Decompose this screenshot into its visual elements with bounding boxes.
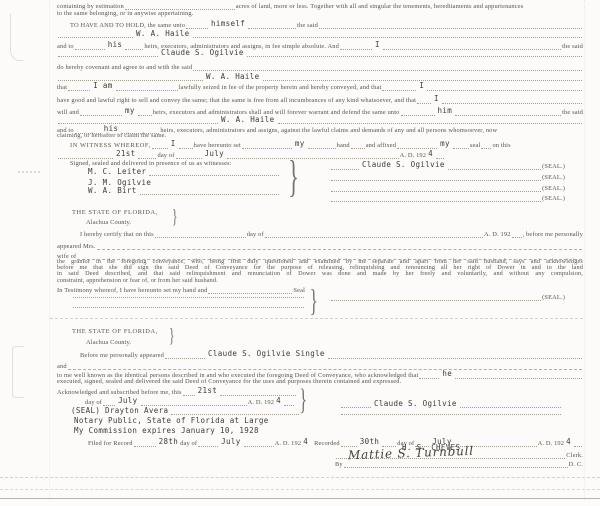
dotted-blank	[171, 414, 299, 415]
seized-in-fee-line: that I am lawfully seized in fee of the …	[57, 83, 583, 92]
typed-fill-i-3: I	[432, 95, 441, 103]
typed-grantor-signature: Claude S. Ogilvie	[360, 161, 447, 169]
grantor-seal-line: Claude S. Ogilvie (SEAL.)	[330, 162, 565, 171]
blank-seal-line-3: (SEAL.)	[330, 195, 565, 203]
binding-mark-top	[10, 14, 23, 61]
typed-grantor-signature-2: Claude S. Ogilvie	[372, 400, 459, 408]
ack2-acknowledged-line: Acknowledged and subscribed before me, t…	[57, 388, 297, 397]
dotted-blank	[331, 201, 541, 202]
bottom-rule-1	[0, 477, 600, 478]
form-text: THE STATE OF FLORIDA,	[72, 209, 158, 217]
dotted-blank	[193, 37, 582, 38]
form-text: executed, signed, sealed and delivered t…	[57, 378, 401, 386]
ack1-seal-line: (SEAL.)	[330, 294, 565, 302]
form-text: day of	[180, 440, 197, 448]
binding-mark-bottom	[12, 346, 24, 398]
typed-fill-year: 4	[274, 397, 283, 405]
ack2-before-line: Before me personally appeared Claude S. …	[80, 351, 583, 360]
form-text: in said Deed described, and that said re…	[57, 270, 583, 277]
form-text: I hereby certify that on this	[80, 231, 154, 239]
grantee-name-line: W. A. Haile	[57, 31, 583, 39]
dashed-blank	[97, 249, 582, 250]
form-text: day of	[247, 231, 264, 239]
scan-edge-dotted-right	[584, 0, 585, 500]
dotted-blank	[152, 148, 168, 149]
typed-fill-my: my	[123, 107, 137, 115]
form-text: A. D. 192	[484, 231, 511, 239]
typed-fill-grantee-3: W. A. Haile	[219, 116, 277, 124]
dotted-blank	[382, 90, 416, 91]
form-text: By	[335, 461, 343, 469]
dotted-blank	[134, 446, 156, 447]
blank-seal-line-2: (SEAL.)	[330, 185, 565, 193]
dotted-blank	[183, 395, 195, 396]
ack1-certify-line: I hereby certify that on this day of A. …	[80, 231, 583, 239]
dotted-blank	[227, 158, 399, 159]
ack1-appeared-line: appeared Mrs.	[57, 243, 583, 251]
form-text: A. D. 192	[538, 440, 565, 448]
typed-fill-grantee: W. A. Haile	[134, 30, 192, 38]
seal-label: (SEAL.)	[542, 294, 565, 302]
dc-label: D. C.	[569, 461, 583, 469]
dotted-blank	[453, 148, 469, 149]
typed-fill-his: his	[106, 41, 125, 49]
dotted-blank	[574, 446, 582, 447]
form-text: have good and lawful right to sell and c…	[57, 97, 416, 105]
dotted-blank	[149, 175, 279, 176]
dotted-blank	[448, 169, 541, 170]
form-text: claiming, or hereafter to claim the same…	[57, 132, 166, 140]
witness-signature-1: M. C. Leiter	[80, 169, 280, 177]
bottom-rule-3	[0, 498, 600, 499]
typed-fill-i-4: I	[169, 140, 178, 148]
dotted-blank	[455, 115, 561, 116]
dotted-blank	[73, 297, 304, 298]
dotted-blank	[58, 158, 113, 159]
dotted-blank	[58, 37, 133, 38]
form-text: and	[57, 363, 67, 371]
dotted-blank	[265, 237, 483, 238]
typed-fill-21st: 21st	[196, 387, 219, 395]
clerk-label: Clerk.	[566, 452, 583, 460]
ack2-blank-sig-line	[340, 414, 562, 416]
form-text: day of	[157, 152, 174, 160]
dotted-blank	[138, 115, 152, 116]
dotted-blank	[442, 103, 582, 104]
grantee-name-line-2: W. A. Haile	[57, 74, 583, 82]
form-text: Seal	[293, 287, 305, 295]
bottom-rule-2	[0, 489, 600, 490]
dotted-blank	[341, 446, 357, 447]
dotted-blank	[116, 90, 178, 91]
seal-label: (SEAL.)	[542, 174, 565, 182]
dotted-blank	[193, 70, 582, 71]
ack2-brace: }	[299, 385, 307, 415]
form-text: on this	[492, 142, 510, 150]
dotted-blank	[328, 358, 582, 359]
dotted-blank	[331, 180, 541, 181]
form-text: Filed for Record	[88, 440, 133, 448]
dotted-blank	[331, 300, 541, 301]
typed-recorded-day: 30th	[358, 438, 381, 446]
form-text: Recorded	[314, 440, 340, 448]
ack1-blank-line-1	[72, 297, 305, 299]
in-witness-whereof-line: IN WITNESS WHEREOF, I have hereunto set …	[70, 141, 583, 150]
dotted-blank	[278, 123, 582, 124]
dotted-blank	[341, 407, 371, 408]
dotted-blank	[331, 169, 359, 170]
dotted-blank	[417, 103, 431, 104]
covenant-line: do hereby covenant and agree to and with…	[57, 64, 583, 72]
dotted-blank	[436, 158, 444, 159]
date-line: 21st day of July A. D. 192 4	[57, 151, 445, 160]
claiming-line: claiming, or hereafter to claim the same…	[57, 132, 583, 140]
form-text: THE STATE OF FLORIDA,	[72, 328, 158, 336]
form-text: will and	[57, 109, 79, 117]
dotted-blank	[247, 56, 582, 57]
form-text: do hereby covenant and agree to and with…	[57, 64, 192, 72]
typed-fill-appeared-name: Claude S. Ogilvie Single	[206, 350, 327, 358]
ack1-body-line-4: constraint, apprehension or fear of, or …	[57, 277, 583, 285]
dotted-blank	[244, 446, 274, 447]
form-text: , before me personally	[523, 231, 583, 239]
dashed-blank	[68, 369, 582, 370]
typed-filed-day: 28th	[157, 438, 180, 446]
typed-fill-day-21st: 21st	[114, 150, 137, 158]
dotted-blank	[176, 158, 202, 159]
typed-filed-year: 4	[301, 438, 310, 446]
typed-fill-he: he	[440, 370, 454, 378]
dotted-blank	[341, 414, 561, 415]
deputy-clerk-line: By D. C.	[335, 461, 583, 469]
form-text: lawfully seized in fee of the property h…	[179, 84, 382, 92]
form-text: A. D. 192	[400, 152, 427, 160]
dotted-blank	[58, 56, 158, 57]
typed-fill-i-2: I	[417, 82, 426, 90]
typed-fill-i: I	[373, 41, 382, 49]
ack1-brace: }	[309, 284, 317, 316]
lawful-right-line: have good and lawful right to sell and c…	[57, 96, 583, 105]
dotted-blank	[401, 115, 435, 116]
notary-seal-line: (SEAL) Drayton Avera	[67, 408, 300, 416]
form-text: to the same belonging, or in anywise app…	[57, 10, 194, 18]
dotted-blank	[140, 194, 279, 195]
dotted-blank	[208, 293, 292, 294]
dotted-blank	[319, 28, 582, 29]
form-text: the said	[297, 22, 318, 30]
dotted-blank	[308, 148, 336, 149]
typed-filed-month: July	[219, 438, 242, 446]
witness-signature-3: W. A. Birt	[80, 188, 280, 196]
binding-mark-middle	[18, 168, 40, 173]
form-text: A. D. 192	[275, 440, 302, 448]
commission-line: My Commission expires January 10, 1928	[72, 428, 322, 436]
typed-fill-him: him	[436, 107, 455, 115]
form-text: appeared Mrs.	[57, 243, 96, 251]
ack2-grantor-sig-line: Claude S. Ogilvie	[340, 401, 562, 409]
form-text: Alachua County.	[86, 339, 131, 347]
ack2-and-line: and	[57, 363, 583, 371]
dotted-blank	[179, 148, 193, 149]
form-text: Alachua County.	[86, 219, 131, 227]
blank-seal-line-1: (SEAL.)	[330, 174, 565, 182]
typed-notary-title: Notary Public, State of Florida at Large	[72, 417, 271, 425]
ack1-testimony-line: In Testimony whereof, I have hereunto se…	[57, 287, 305, 295]
form-text: constraint, apprehension or fear of, or …	[57, 277, 218, 285]
form-text: In Testimony whereof, I have hereunto se…	[57, 287, 207, 295]
typed-recorded-year: 4	[564, 438, 573, 446]
dotted-blank	[248, 28, 296, 29]
seal-label: (SEAL.)	[542, 163, 565, 171]
dotted-blank	[165, 358, 205, 359]
grantee-name-line-3: W. A. Haile	[57, 117, 583, 125]
form-text: A. D. 192	[248, 399, 275, 407]
dotted-blank	[198, 446, 218, 447]
dotted-blank	[80, 115, 122, 116]
form-text: IN WITNESS WHEREOF,	[70, 142, 151, 150]
typed-fill-my-3: my	[438, 140, 452, 148]
seal-label: (SEAL.)	[542, 195, 565, 203]
dotted-blank	[155, 237, 246, 238]
dotted-blank	[68, 90, 90, 91]
notary-title-line: Notary Public, State of Florida at Large	[72, 418, 322, 426]
grantor-name-line: Claude S. Ogilvie	[57, 50, 583, 58]
witness-brace: }	[288, 155, 299, 199]
dotted-blank	[512, 237, 522, 238]
habendum-line-2: to the same belonging, or in anywise app…	[57, 10, 583, 18]
dotted-blank	[220, 395, 296, 396]
typed-fill-my-2: my	[293, 140, 307, 148]
form-text: that	[57, 84, 67, 92]
dotted-blank	[73, 307, 304, 308]
form-text: and affixed	[366, 142, 396, 150]
typed-witness-name: W. A. Birt	[80, 187, 139, 195]
deed-document-page: containing by estimation acres of land, …	[0, 0, 600, 506]
scan-edge-dotted-left	[49, 0, 50, 500]
typed-fill-himself: himself	[209, 20, 247, 28]
warrant-defend-line: will and my heirs, executors and adminis…	[57, 108, 583, 117]
typed-witness-name: M. C. Leiter	[80, 168, 148, 176]
dotted-blank	[58, 80, 203, 81]
dotted-blank	[344, 467, 568, 468]
seal-label: (SEAL.)	[542, 185, 565, 193]
dotted-blank	[138, 158, 156, 159]
ack1-county: Alachua County.	[86, 219, 186, 227]
dotted-blank	[242, 148, 292, 149]
form-text: seal	[470, 142, 481, 150]
dotted-blank	[284, 405, 294, 406]
ack2-known-line-2: executed, signed, sealed and delivered t…	[57, 378, 583, 386]
section-separator	[50, 318, 583, 319]
typed-notary-seal: (SEAL) Drayton Avera	[67, 407, 170, 415]
typed-fill-grantee-2: W. A. Haile	[204, 73, 262, 81]
dotted-blank	[427, 90, 582, 91]
typed-fill-year-4: 4	[426, 150, 435, 158]
form-text: the said	[562, 109, 583, 117]
form-text: Before me personally appeared	[80, 352, 164, 360]
dotted-blank	[58, 123, 218, 124]
ack1-blank-line-2	[72, 307, 305, 309]
typed-commission: My Commission expires January 10, 1928	[72, 427, 261, 435]
typed-fill-month-july: July	[203, 150, 226, 158]
ack2-county: Alachua County.	[86, 339, 186, 347]
typed-fill-grantor: Claude S. Ogilvie	[159, 49, 246, 57]
dotted-blank	[331, 191, 541, 192]
dotted-blank	[351, 148, 365, 149]
typed-fill-i-am: I am	[91, 82, 114, 90]
dotted-blank	[481, 148, 491, 149]
typed-fill-july: July	[116, 397, 139, 405]
dotted-blank	[460, 407, 561, 408]
form-text: hand	[337, 142, 350, 150]
